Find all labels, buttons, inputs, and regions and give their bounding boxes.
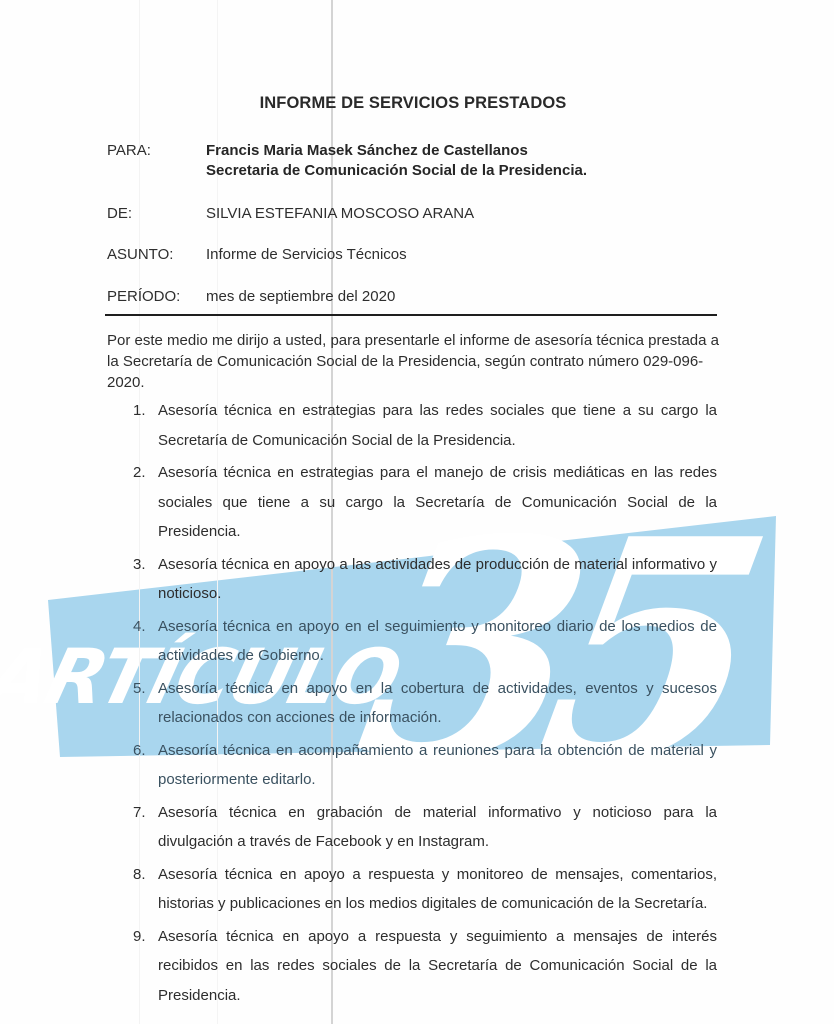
subject-value: Informe de Servicios Técnicos <box>206 244 407 265</box>
list-item: 3. Asesoría técnica en apoyo a las activ… <box>133 550 717 609</box>
item-text: Asesoría técnica en acompañamiento a reu… <box>158 742 717 789</box>
list-item: 2. Asesoría técnica en estrategias para … <box>133 458 717 547</box>
item-number: 4. <box>133 612 146 642</box>
item-number: 8. <box>133 860 146 890</box>
list-item: 1. Asesoría técnica en estrategias para … <box>133 396 717 455</box>
list-item: 5. Asesoría técnica en apoyo en la cober… <box>133 674 717 733</box>
de-label: DE: <box>107 203 207 224</box>
list-item: 6. Asesoría técnica en acompañamiento a … <box>133 736 717 795</box>
recipient-name: Francis Maria Masek Sánchez de Castellan… <box>206 140 528 161</box>
item-text: Asesoría técnica en estrategias para el … <box>158 464 717 540</box>
item-number: 2. <box>133 458 146 488</box>
item-number: 5. <box>133 674 146 704</box>
item-number: 1. <box>133 396 146 426</box>
list-item: 9. Asesoría técnica en apoyo a respuesta… <box>133 922 717 1011</box>
header-divider <box>105 314 717 316</box>
item-text: Asesoría técnica en apoyo en el seguimie… <box>158 618 717 665</box>
sender-name: SILVIA ESTEFANIA MOSCOSO ARANA <box>206 203 474 224</box>
item-number: 7. <box>133 798 146 828</box>
periodo-label: PERÍODO: <box>107 286 207 307</box>
item-text: Asesoría técnica en grabación de materia… <box>158 804 717 851</box>
services-list: 1. Asesoría técnica en estrategias para … <box>133 396 717 1013</box>
item-number: 6. <box>133 736 146 766</box>
list-item: 8. Asesoría técnica en apoyo a respuesta… <box>133 860 717 919</box>
period-value: mes de septiembre del 2020 <box>206 286 395 307</box>
list-item: 7. Asesoría técnica en grabación de mate… <box>133 798 717 857</box>
para-label: PARA: <box>107 140 207 161</box>
item-text: Asesoría técnica en apoyo a respuesta y … <box>158 866 717 913</box>
item-text: Asesoría técnica en apoyo a las activida… <box>158 556 717 603</box>
item-number: 3. <box>133 550 146 580</box>
item-text: Asesoría técnica en apoyo a respuesta y … <box>158 928 717 1004</box>
document-title: INFORME DE SERVICIOS PRESTADOS <box>0 94 834 113</box>
asunto-label: ASUNTO: <box>107 244 207 265</box>
list-item: 4. Asesoría técnica en apoyo en el segui… <box>133 612 717 671</box>
item-text: Asesoría técnica en estrategias para las… <box>158 402 717 449</box>
intro-paragraph: Por este medio me dirijo a usted, para p… <box>107 330 719 393</box>
item-text: Asesoría técnica en apoyo en la cobertur… <box>158 680 717 727</box>
recipient-position: Secretaria de Comunicación Social de la … <box>206 160 587 181</box>
document-page: 35 ARTÍCULO INFORME DE SERVICIOS PRESTAD… <box>0 0 834 1024</box>
document-content: INFORME DE SERVICIOS PRESTADOS PARA: Fra… <box>0 0 834 1024</box>
item-number: 9. <box>133 922 146 952</box>
